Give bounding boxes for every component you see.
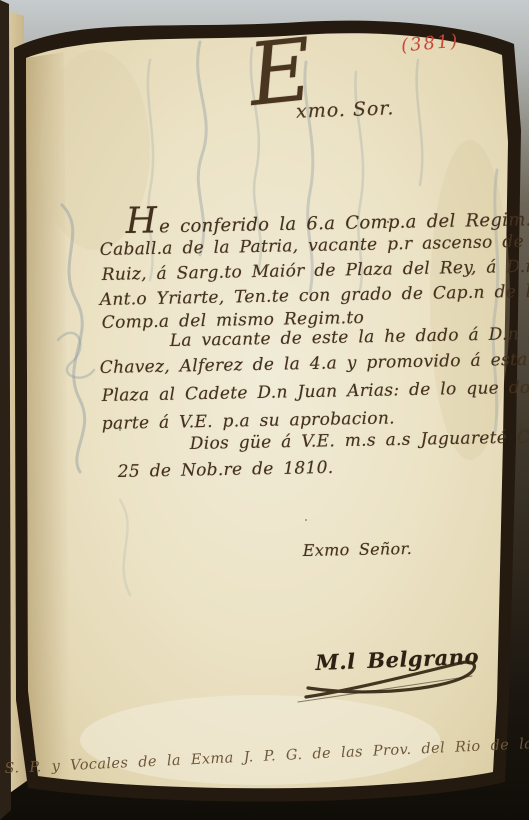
salutation-text: xmo. Sor. xyxy=(296,97,395,122)
manuscript-page-photo: (381) E xmo. Sor. He conferido la 6.a Co… xyxy=(0,0,529,820)
date-line: 25 de Nob.re de 1810. xyxy=(118,458,334,482)
closing-salutation: Exmo Señor. xyxy=(303,539,413,560)
paper-highlight xyxy=(80,695,440,785)
